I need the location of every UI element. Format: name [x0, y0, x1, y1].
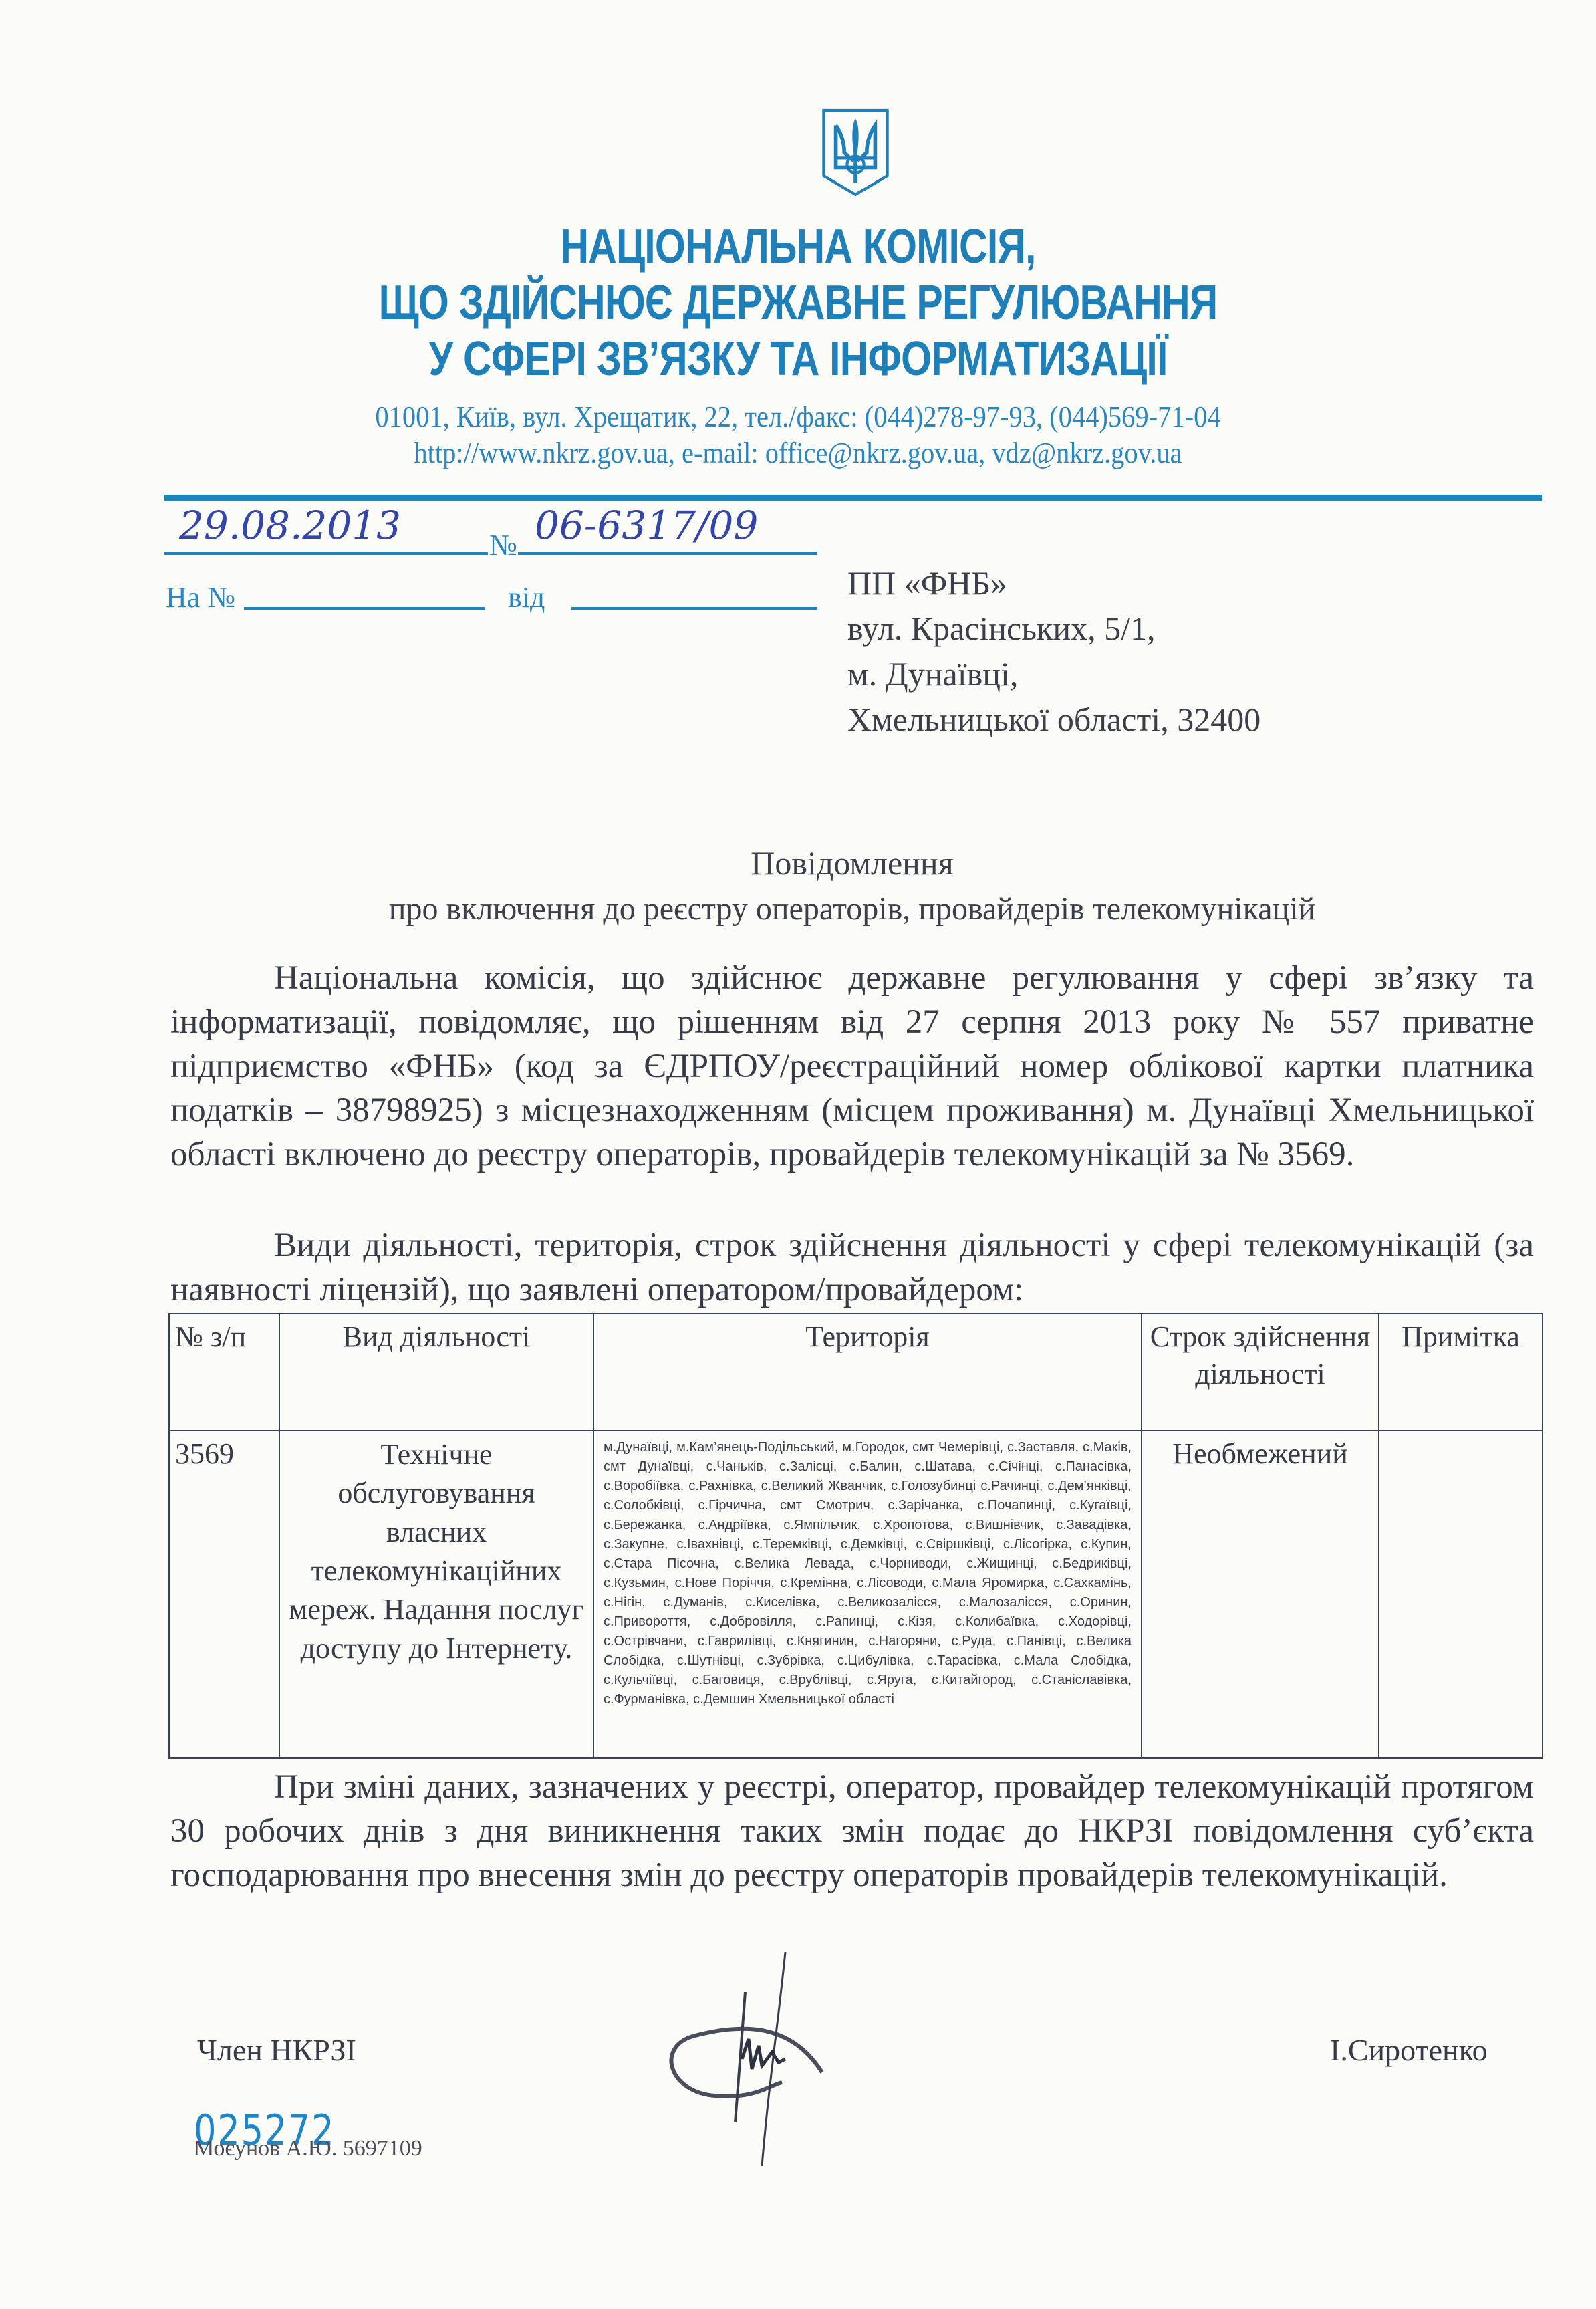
trident-emblem-icon [809, 92, 902, 213]
notice-title: Повідомлення [167, 844, 1537, 882]
reference-date-label: від [508, 580, 545, 614]
notice-paragraph-1: Національна комісія, що здійснює державн… [170, 956, 1534, 1177]
addressee-street: вул. Красінських, 5/1, [847, 606, 1260, 651]
table-row: 3569 Технічне обслуговування власних тел… [169, 1431, 1543, 1758]
number-underline [518, 552, 817, 555]
org-name-line-1: НАЦІОНАЛЬНА КОМІСІЯ, [144, 219, 1452, 274]
outgoing-number: 06-6317/09 [535, 503, 758, 548]
outgoing-number-label: № [489, 528, 517, 562]
executor-info: Моєунов А.Ю. 5697109 [194, 2136, 422, 2161]
row-number: 3569 [169, 1431, 279, 1758]
signature-icon [642, 1952, 896, 2173]
notice-paragraph-2: Види діяльності, територія, строк здійсн… [170, 1223, 1534, 1312]
org-name-line-2: ЩО ЗДІЙСНЮЄ ДЕРЖАВНЕ РЕГУЛЮВАННЯ [144, 275, 1452, 330]
reference-number-field [244, 588, 478, 615]
header-activity: Вид діяльності [279, 1314, 593, 1431]
reference-number-underline [244, 607, 485, 610]
letterhead-divider [164, 495, 1542, 501]
row-term: Необмежений [1142, 1431, 1379, 1758]
outgoing-date: 29.08.2013 [179, 503, 401, 548]
addressee-name: ПП «ФНБ» [847, 560, 1260, 606]
reference-date-underline [571, 607, 817, 610]
notice-subtitle: про включення до реєстру операторів, про… [167, 890, 1537, 927]
reference-number-label: На № [166, 580, 235, 614]
org-web-email: http://www.nkrz.gov.ua, e-mail: office@n… [64, 436, 1533, 470]
row-territory: м.Дунаївці, м.Кам’янець-Подільський, м.Г… [593, 1431, 1142, 1758]
signatory-name: І.Сиротенко [1330, 2032, 1488, 2068]
date-underline [164, 552, 488, 555]
notice-paragraph-3: При зміні даних, зазначених у реєстрі, о… [170, 1765, 1534, 1897]
addressee-block: ПП «ФНБ» вул. Красінських, 5/1, м. Дунаї… [847, 560, 1260, 742]
reference-date-field [571, 588, 812, 615]
org-name-line-3: У СФЕРІ ЗВ’ЯЗКУ ТА ІНФОРМАТИЗАЦІЇ [144, 332, 1452, 386]
addressee-region: Хмельницької області, 32400 [847, 697, 1260, 742]
table-header-row: № з/п Вид діяльності Територія Строк зді… [169, 1314, 1543, 1431]
addressee-city: м. Дунаївці, [847, 651, 1260, 697]
header-term: Строк здійснення діяльності [1142, 1314, 1379, 1431]
row-activity: Технічне обслуговування власних телекому… [279, 1431, 593, 1758]
header-territory: Територія [593, 1314, 1142, 1431]
header-number: № з/п [169, 1314, 279, 1431]
org-address: 01001, Київ, вул. Хрещатик, 22, тел./фак… [64, 400, 1533, 434]
registry-table: № з/п Вид діяльності Територія Строк зді… [168, 1313, 1543, 1759]
header-note: Примітка [1379, 1314, 1543, 1431]
row-note [1379, 1431, 1543, 1758]
signatory-position: Член НКРЗІ [197, 2032, 356, 2068]
